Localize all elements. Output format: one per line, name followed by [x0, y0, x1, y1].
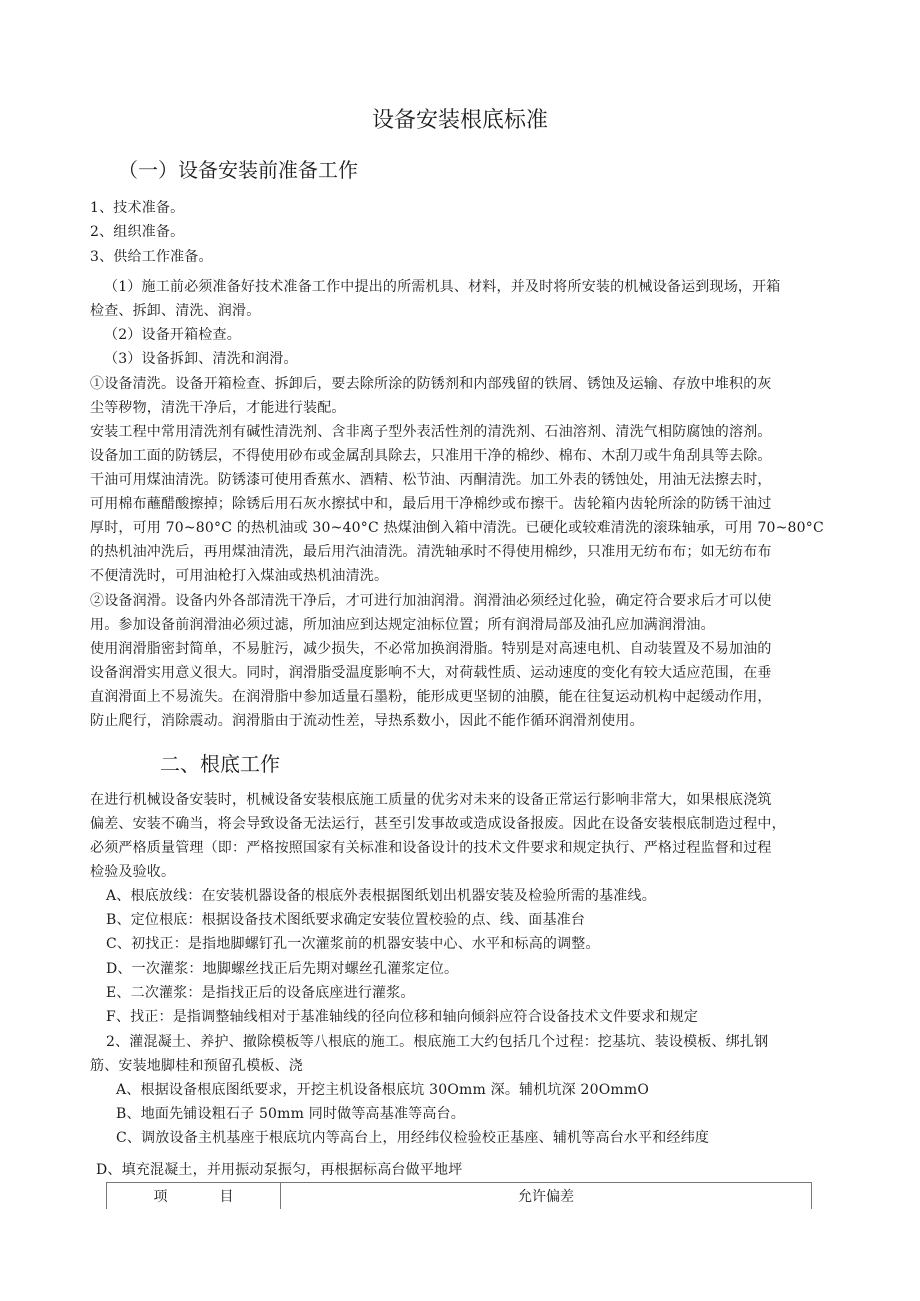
section-heading-preparation: （一）设备安装前准备工作	[118, 156, 358, 184]
header-item-char1: 项	[154, 1189, 168, 1205]
paragraph-line: （1）施工前必须准备好技术准备工作中提出的所需机具、材料，并及时将所安装的机械设…	[104, 277, 781, 297]
step-item: B、地面先铺设粗石子 50mm 同时做等高基准等高台。	[116, 1104, 465, 1124]
paragraph-line: 检查、拆卸、清洗、润滑。	[90, 301, 260, 321]
section-heading-foundation: 二、根底工作	[160, 750, 280, 778]
paragraph-line: 干油可用煤油清洗。防锈漆可使用香蕉水、酒精、松节油、丙酮清洗。加工外表的锈蚀处，…	[90, 470, 772, 490]
document-title: 设备安装根底标准	[0, 106, 920, 136]
table-header-tolerance: 允许偏差	[281, 1183, 812, 1210]
term-item: F、找正：是指调整轴线相对于基准轴线的径向位移和轴向倾斜应符合设备技术文件要求和…	[106, 1007, 698, 1027]
paragraph-line: 厚时，可用 70~80°C 的热机油或 30~40°C 热煤油倒入箱中清洗。已硬…	[90, 518, 824, 538]
step-item: D、填充混凝土，并用振动泵振匀，再根据标高台做平地坪	[96, 1160, 462, 1180]
header-item-char2: 目	[220, 1189, 234, 1205]
paragraph-line: 可用棉布蘸醋酸擦掉；除锈后用石灰水擦拭中和，最后用干净棉纱或布擦干。齿轮箱内齿轮…	[90, 494, 772, 514]
paragraph-line: 尘等秽物，清洗干净后，才能进行装配。	[90, 398, 346, 418]
list-item: 2、组织准备。	[90, 222, 184, 242]
paragraph-line: 的热机油冲洗后，再用煤油清洗，最后用汽油清洗。清洗轴承时不得使用棉纱，只准用无纺…	[90, 542, 772, 562]
paragraph-line: 直润滑面上不易流失。在润滑脂中参加适量石墨粉，能形成更坚韧的油膜，能在往复运动机…	[90, 687, 772, 707]
paragraph-line: 检验及验收。	[90, 862, 175, 882]
sub-item: （2）设备开箱检查。	[104, 325, 241, 345]
step-item: A、根据设备根底图纸要求，开挖主机设备根底坑 30Omm 深。辅机坑深 20Om…	[116, 1080, 649, 1100]
paragraph-line: 2、灌混凝土、养护、撤除模板等八根底的施工。根底施工大约包括几个过程：挖基坑、装…	[106, 1032, 768, 1052]
table-header-row: 项目 允许偏差	[107, 1183, 812, 1210]
paragraph-line: 在进行机械设备安装时，机械设备安装根底施工质量的优劣对未来的设备正常运行影响非常…	[90, 790, 772, 810]
paragraph-line: ②设备润滑。设备内外各部清洗干净后，才可进行加油润滑。润滑油必须经过化验，确定符…	[90, 591, 772, 611]
paragraph-line: 必须严格质量管理（即：严格按照国家有关标准和设备设计的技术文件要求和规定执行、严…	[90, 838, 772, 858]
paragraph-line: 防止爬行，消除震动。润滑脂由于流动性差，导热系数小，因此不能作循环润滑剂使用。	[90, 711, 644, 731]
list-item: 1、技术准备。	[90, 198, 184, 218]
paragraph-line: ①设备清洗。设备开箱检查、拆卸后，要去除所涂的防锈剂和内部残留的铁屑、锈蚀及运输…	[90, 374, 772, 394]
term-item: C、初找正：是指地脚螺钉孔一次灌浆前的机器安装中心、水平和标高的调整。	[106, 934, 600, 954]
term-item: D、一次灌浆：地脚螺丝找正后先期对螺丝孔灌浆定位。	[106, 959, 458, 979]
paragraph-line: 偏差、安装不确当，将会导致设备无法运行，甚至引发事故或造成设备报废。因此在设备安…	[90, 814, 786, 834]
term-item: E、二次灌浆：是指找正后的设备底座进行灌浆。	[106, 983, 415, 1003]
table-header-item: 项目	[107, 1183, 281, 1210]
tolerance-table: 项目 允许偏差	[106, 1182, 812, 1209]
paragraph-line: 安装工程中常用清洗剂有碱性清洗剂、含非离子型外表活性剂的清洗剂、石油溶剂、清洗气…	[90, 422, 772, 442]
sub-item: （3）设备拆卸、清洗和润滑。	[104, 349, 298, 369]
paragraph-line: 用。参加设备前润滑油必须过滤，所加油应到达规定油标位置；所有润滑局部及油孔应加满…	[90, 615, 715, 635]
paragraph-line: 设备润滑实用意义很大。同时，润滑脂受温度影响不大，对荷载性质、运动速度的变化有较…	[90, 663, 772, 683]
term-item: B、定位根底：根据设备技术图纸要求确定安装位置校验的点、线、面基准台	[106, 910, 585, 930]
document-page: 设备安装根底标准 （一）设备安装前准备工作 1、技术准备。 2、组织准备。 3、…	[0, 0, 920, 1301]
step-item: C、调放设备主机基座于根底坑内等高台上，用经纬仪检验校正基座、辅机等高台水平和经…	[116, 1128, 709, 1148]
list-item: 3、供给工作准备。	[90, 247, 213, 267]
paragraph-line: 设备加工面的防锈层，不得使用砂布或金属刮具除去，只准用干净的棉纱、棉布、木刮刀或…	[90, 446, 772, 466]
paragraph-line: 不便清洗时，可用油枪打入煤油或热机油清洗。	[90, 566, 388, 586]
term-item: A、根底放线：在安装机器设备的根底外表根据图纸划出机器安装及检验所需的基准线。	[106, 886, 656, 906]
paragraph-line: 筋、安装地脚桂和预留孔模板、浇	[90, 1056, 303, 1076]
paragraph-line: 使用润滑脂密封简单，不易脏污，减少损失，不必常加换润滑脂。特别是对高速电机、自动…	[90, 639, 772, 659]
